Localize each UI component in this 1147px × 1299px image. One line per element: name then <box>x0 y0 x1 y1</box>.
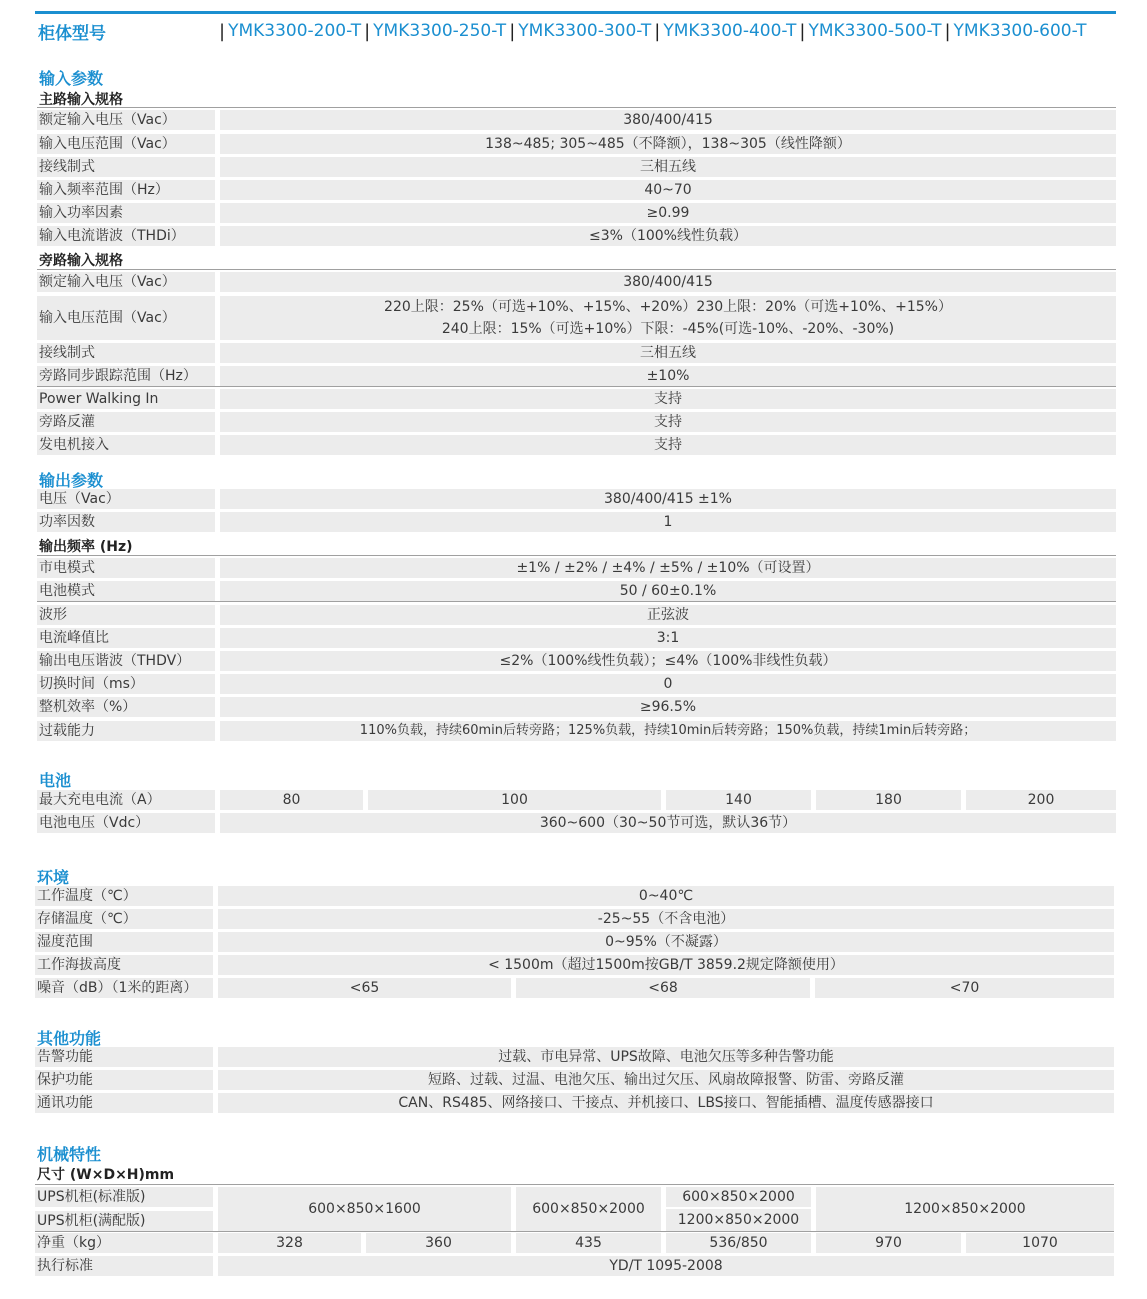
spec-row: 电压（Vac） 380/400/415 ±1% <box>37 489 1116 509</box>
header-title: 柜体型号 <box>38 19 216 44</box>
spec-row: 波形 正弦波 <box>37 605 1116 625</box>
size-subtitle: 尺寸 (W×D×H)mm <box>37 1164 174 1184</box>
spec-row: 工作温度（℃） 0~40℃ <box>35 886 1114 906</box>
model-200: YMK3300-200-T <box>228 21 361 41</box>
spec-row: 输入电流谐波（THDi） ≤3%（100%线性负载） <box>37 226 1116 246</box>
spec-row: 输入功率因素 ≥0.99 <box>37 203 1116 223</box>
spec-row: 整机效率（%） ≥96.5% <box>37 697 1116 717</box>
size-200-250: 600×850×1600 <box>218 1187 511 1231</box>
main-input-subtitle: 主路输入规格 <box>39 89 123 109</box>
divider <box>35 1184 1114 1185</box>
model-500: YMK3300-500-T <box>808 21 941 41</box>
spec-row: 过载能力 110%负载，持续60min后转旁路；125%负载，持续10min后转… <box>37 721 1116 741</box>
section-environment-title: 环境 <box>37 865 69 888</box>
spec-row: 电池电压（Vdc） 360~600（30~50节可选，默认36节） <box>37 813 1116 833</box>
model-header: 柜体型号 |YMK3300-200-T |YMK3300-250-T |YMK3… <box>38 18 1087 44</box>
spec-row: 发电机接入 支持 <box>37 435 1116 455</box>
size-300: 600×850×2000 <box>516 1187 661 1231</box>
spec-row: 通讯功能 CAN、RS485、网络接口、干接点、并机接口、LBS接口、智能插槽、… <box>35 1093 1114 1113</box>
spec-row: 存储温度（℃） -25~55（不含电池） <box>35 909 1114 929</box>
divider <box>37 601 1116 602</box>
spec-row: 输入电压范围（Vac） 138~485; 305~485（不降额），138~30… <box>37 134 1116 154</box>
divider <box>37 555 1116 556</box>
size-400-full: 1200×850×2000 <box>666 1209 811 1231</box>
section-input-title: 输入参数 <box>39 66 103 89</box>
spec-row: 工作海拔高度 < 1500m（超过1500m按GB/T 3859.2规定降额使用… <box>35 955 1114 975</box>
spec-row: 输出电压谐波（THDV） ≤2%（100%线性负载）；≤4%（100%非线性负载… <box>37 651 1116 671</box>
spec-row: 输入频率范围（Hz） 40~70 <box>37 180 1116 200</box>
model-400: YMK3300-400-T <box>663 21 796 41</box>
spec-row: 电流峰值比 3:1 <box>37 628 1116 648</box>
size-table: UPS机柜(标准版) UPS机柜(满配版) 600×850×1600 600×8… <box>35 1187 1114 1231</box>
bypass-input-subtitle: 旁路输入规格 <box>39 250 123 270</box>
divider <box>37 269 1116 270</box>
model-list: |YMK3300-200-T |YMK3300-250-T |YMK3300-3… <box>216 21 1087 42</box>
spec-row: 接线制式 三相五线 <box>37 343 1116 363</box>
spec-row: 电池模式 50 / 60±0.1% <box>37 581 1116 601</box>
spec-row: 旁路同步跟踪范围（Hz） ±10% <box>37 366 1116 386</box>
model-300: YMK3300-300-T <box>518 21 651 41</box>
divider <box>37 107 1116 108</box>
spec-row: 最大充电电流（A） 80 100 140 180 200 <box>37 790 1116 810</box>
spec-row: 市电模式 ±1% / ±2% / ±4% / ±5% / ±10%（可设置） <box>37 558 1116 578</box>
size-400-std: 600×850×2000 <box>666 1187 811 1207</box>
divider <box>35 1231 1114 1232</box>
spec-row: 湿度范围 0~95%（不凝露） <box>35 932 1114 952</box>
section-output-title: 输出参数 <box>39 468 103 491</box>
spec-row: 噪音（dB）（1米的距离） <65 <68 <70 <box>35 978 1114 998</box>
size-500-600: 1200×850×2000 <box>816 1187 1114 1231</box>
spec-row: Power Walking In 支持 <box>37 389 1116 409</box>
spec-row: 旁路反灌 支持 <box>37 412 1116 432</box>
spec-row: 输入电压范围（Vac） 220上限：25%（可选+10%、+15%、+20%）2… <box>37 296 1116 340</box>
spec-row: 告警功能 过载、市电异常、UPS故障、电池欠压等多种告警功能 <box>35 1047 1114 1067</box>
model-600: YMK3300-600-T <box>954 21 1087 41</box>
spec-row: 接线制式 三相五线 <box>37 157 1116 177</box>
spec-row: 保护功能 短路、过载、过温、电池欠压、输出过欠压、风扇故障报警、防雷、旁路反灌 <box>35 1070 1114 1090</box>
std-cabinet-label: UPS机柜(标准版) <box>35 1187 213 1207</box>
spec-row: 执行标准 YD/T 1095-2008 <box>35 1256 1114 1276</box>
full-cabinet-label: UPS机柜(满配版) <box>35 1211 213 1231</box>
spec-row: 额定输入电压（Vac） 380/400/415 <box>37 110 1116 130</box>
section-other-title: 其他功能 <box>37 1026 101 1049</box>
spec-row: 净重（kg） 328 360 435 536/850 970 1070 <box>35 1233 1114 1253</box>
model-250: YMK3300-250-T <box>373 21 506 41</box>
section-mechanical-title: 机械特性 <box>37 1142 101 1165</box>
spec-row: 额定输入电压（Vac） 380/400/415 <box>37 272 1116 292</box>
spec-row: 功率因数 1 <box>37 512 1116 532</box>
section-battery-title: 电池 <box>39 768 71 791</box>
output-freq-subtitle: 输出频率 (Hz) <box>39 536 133 556</box>
header-divider <box>35 11 1116 14</box>
divider <box>37 386 1116 387</box>
spec-row: 切换时间（ms） 0 <box>37 674 1116 694</box>
